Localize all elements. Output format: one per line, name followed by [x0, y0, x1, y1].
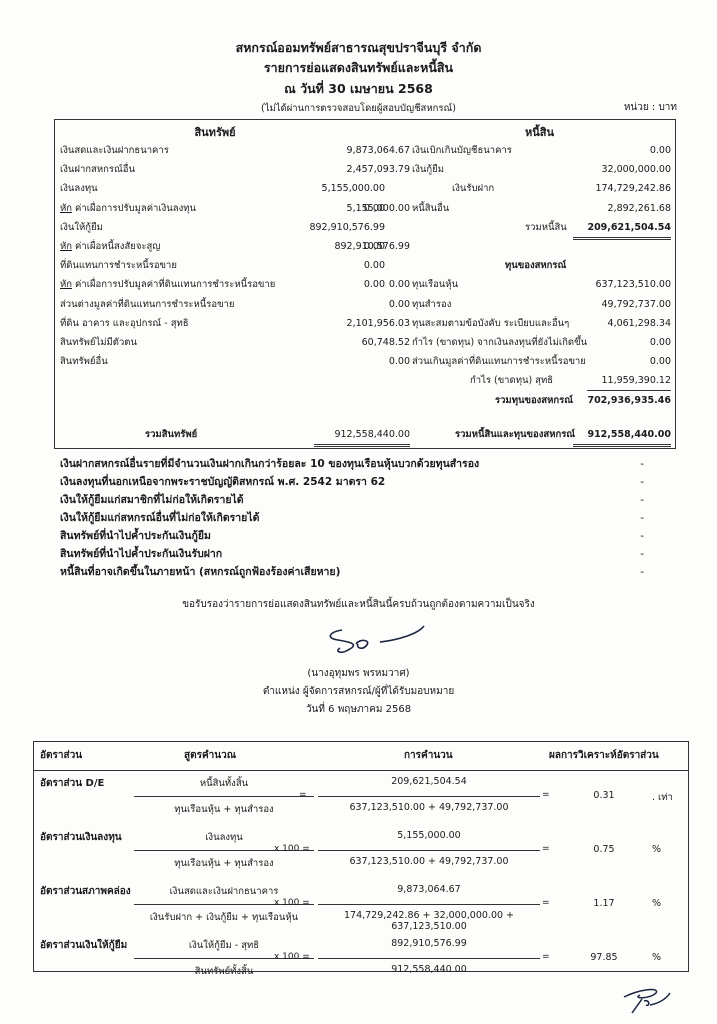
calc-numerator: 5,155,000.00	[314, 830, 544, 841]
note-label: เงินให้กู้ยืมแก่สหกรณ์อื่นที่ไม่ก่อให้เก…	[60, 512, 259, 524]
ratio-unit: . เท่า	[652, 790, 673, 805]
calc-numerator: 892,910,576.99	[314, 938, 544, 949]
formula-numerator: หนี้สินทั้งสิ้น	[144, 776, 304, 791]
ratio-name: อัตราส่วนเงินให้กู้ยืม	[40, 938, 127, 953]
note-item: สินทรัพย์ที่นำไปค้ำประกันเงินรับฝาก-	[60, 545, 660, 563]
right-label: รวมหนี้สิน	[525, 219, 567, 237]
formula-denominator: สินทรัพย์ทั้งสิ้น	[144, 964, 304, 979]
right-value: 174,729,242.86	[581, 180, 671, 198]
asset-label: ที่ดิน อาคาร และอุปกรณ์ - สุทธิ	[60, 315, 189, 333]
asset-label: เงินให้กู้ยืม	[60, 219, 103, 237]
formula-numerator: เงินสดและเงินฝากธนาคาร	[144, 884, 304, 899]
total-liab-equity-value: 912,558,440.00	[573, 426, 671, 447]
calc-denominator: 637,123,510.00 + 49,792,737.00	[314, 856, 544, 867]
currency-unit: หน่วย : บาท	[624, 100, 677, 115]
right-label: รวมทุนของสหกรณ์	[495, 392, 573, 410]
asset-value: 0.00	[389, 276, 410, 294]
note-item: หนี้สินที่อาจเกิดขึ้นในภายหน้า (สหกรณ์ถู…	[60, 563, 660, 581]
header-formula: สูตรคำนวณ	[184, 742, 236, 770]
calc-fraction-line	[318, 850, 540, 851]
report-title: รายการย่อแสดงสินทรัพย์และหนี้สิน	[0, 58, 717, 78]
report-date: ณ วันที่ 30 เมษายน 2568	[0, 79, 717, 99]
right-label: หนี้สินอื่น	[412, 200, 449, 218]
note-label: หนี้สินที่อาจเกิดขึ้นในภายหน้า (สหกรณ์ถู…	[60, 566, 340, 578]
ratio-result: 97.85	[579, 952, 629, 963]
ratio-name: อัตราส่วนเงินลงทุน	[40, 830, 122, 845]
right-value: 0.00	[636, 353, 671, 371]
multiplier: x 100 =	[274, 844, 310, 854]
total-assets-label: รวมสินทรัพย์	[145, 426, 197, 444]
ratio-row: อัตราส่วนเงินให้กู้ยืมเงินให้กู้ยืม - สุ…	[34, 936, 688, 988]
asset-value: 2,101,956.03	[347, 315, 410, 333]
calc-numerator: 209,621,504.54	[314, 776, 544, 787]
ratio-name: อัตราส่วน D/E	[40, 776, 104, 791]
signatory-position: ตำแหน่ง ผู้จัดการสหกรณ์/ผู้ที่ได้รับมอบห…	[0, 684, 717, 699]
balance-sheet-row: กำไร (ขาดทุน) สุทธิ11,959,390.12	[55, 372, 675, 390]
right-value: 32,000,000.00	[587, 161, 671, 179]
note-value: -	[640, 509, 644, 527]
asset-label: หัก ค่าเผื่อหนี้สงสัยจะสูญ	[60, 238, 160, 256]
ratio-row: อัตราส่วน D/Eหนี้สินทั้งสิ้นทุนเรือนหุ้น…	[34, 774, 688, 826]
asset-label: ที่ดินแทนการชำระหนี้รอขาย	[60, 257, 177, 275]
note-label: เงินฝากสหกรณ์อื่นรายที่มีจำนวนเงินฝากเกิ…	[60, 458, 479, 470]
asset-subvalue: 5,155,000.00	[322, 180, 385, 198]
ratio-result: 1.17	[579, 898, 629, 909]
formula-fraction-line	[134, 796, 314, 797]
right-label: กำไร (ขาดทุน) สุทธิ	[470, 372, 553, 390]
total-assets-value: 912,558,440.00	[314, 426, 410, 447]
ratio-unit: %	[652, 898, 661, 909]
ratio-unit: %	[652, 952, 661, 963]
right-label: ทุนสะสมตามข้อบังคับ ระเบียบและอื่นๆ	[412, 315, 569, 333]
asset-subvalue: 0.00	[364, 257, 385, 275]
right-value: 11,959,390.12	[587, 372, 671, 391]
note-item: เงินให้กู้ยืมแก่สมาชิกที่ไม่ก่อให้เกิดรา…	[60, 491, 660, 509]
ratio-row: อัตราส่วนสภาพคล่องเงินสดและเงินฝากธนาคาร…	[34, 882, 688, 934]
ratio-row: อัตราส่วนเงินลงทุนเงินลงทุนทุนเรือนหุ้น …	[34, 828, 688, 880]
formula-numerator: เงินให้กู้ยืม - สุทธิ	[144, 938, 304, 953]
asset-value: 9,873,064.67	[347, 142, 410, 160]
asset-value: 892,910,576.99	[334, 238, 410, 256]
formula-numerator: เงินลงทุน	[144, 830, 304, 845]
balance-sheet-row: เงินฝากสหกรณ์อื่น2,457,093.79เงินกู้ยืม3…	[55, 161, 675, 179]
note-item: เงินให้กู้ยืมแก่สหกรณ์อื่นที่ไม่ก่อให้เก…	[60, 509, 660, 527]
note-label: สินทรัพย์ที่นำไปค้ำประกันเงินรับฝาก	[60, 548, 222, 560]
asset-label: เงินสดและเงินฝากธนาคาร	[60, 142, 169, 160]
right-label: กำไร (ขาดทุน) จากเงินลงทุนที่ยังไม่เกิดข…	[412, 334, 587, 352]
asset-value: 2,457,093.79	[347, 161, 410, 179]
asset-label: หัก ค่าเผื่อการปรับมูลค่าเงินลงทุน	[60, 200, 196, 218]
balance-sheet-row: ส่วนต่างมูลค่าที่ดินแทนการชำระหนี้รอขาย0…	[55, 296, 675, 314]
signatory-name: (นางอุทุมพร พรหมวาศ)	[0, 666, 717, 681]
right-label: ทุนของสหกรณ์	[505, 257, 566, 275]
balance-sheet-row: ที่ดิน อาคาร และอุปกรณ์ - สุทธิ2,101,956…	[55, 315, 675, 333]
right-value: 4,061,298.34	[594, 315, 671, 333]
total-liab-equity-label: รวมหนี้สินและทุนของสหกรณ์	[455, 426, 575, 444]
calc-denominator: 912,558,440.00	[314, 964, 544, 975]
note-value: -	[640, 473, 644, 491]
balance-sheet-row: หัก ค่าเผื่อการปรับมูลค่าเงินลงทุน0.005,…	[55, 200, 675, 218]
ratio-table: อัตราส่วน สูตรคำนวณ การคำนวน ผลการวิเครา…	[33, 741, 689, 972]
balance-sheet: สินทรัพย์ หนี้สิน เงินสดและเงินฝากธนาคาร…	[54, 119, 676, 449]
asset-value: 0.00	[389, 296, 410, 314]
multiplier: x 100 =	[274, 952, 310, 962]
formula-denominator: ทุนเรือนหุ้น + ทุนสำรอง	[144, 802, 304, 817]
right-label: ทุนสำรอง	[412, 296, 451, 314]
calc-numerator: 9,873,064.67	[314, 884, 544, 895]
header-ratio: อัตราส่วน	[40, 742, 82, 770]
note-item: เงินลงทุนที่นอกเหนือจากพระราชบัญญัติสหกร…	[60, 473, 660, 491]
initials-mark	[620, 985, 680, 1017]
balance-sheet-row: หัก ค่าเผื่อหนี้สงสัยจะสูญ0.00892,910,57…	[55, 238, 675, 256]
signature-mark	[320, 622, 430, 662]
right-value: 2,892,261.68	[594, 200, 671, 218]
asset-subvalue: 0.00	[364, 276, 385, 294]
asset-label: เงินลงทุน	[60, 180, 98, 198]
ratio-result: 0.31	[579, 790, 629, 801]
audit-note: (ไม่ได้ผ่านการตรวจสอบโดยผู้สอบบัญชีสหกรณ…	[0, 101, 717, 116]
equals-sign: =	[542, 844, 550, 854]
liabilities-heading: หนี้สิน	[525, 123, 554, 141]
note-label: สินทรัพย์ที่นำไปค้ำประกันเงินกู้ยืม	[60, 530, 211, 542]
ratio-unit: %	[652, 844, 661, 855]
balance-sheet-row: เงินสดและเงินฝากธนาคาร9,873,064.67เงินเบ…	[55, 142, 675, 160]
note-item: สินทรัพย์ที่นำไปค้ำประกันเงินกู้ยืม-	[60, 527, 660, 545]
asset-value: 0.00	[389, 353, 410, 371]
asset-subvalue: 892,910,576.99	[309, 219, 385, 237]
note-value: -	[640, 563, 644, 581]
balance-sheet-bottom-rule	[54, 448, 676, 449]
asset-label: สินทรัพย์ไม่มีตัวตน	[60, 334, 137, 352]
balance-sheet-row: หัก ค่าเผื่อการปรับมูลค่าที่ดินแทนการชำร…	[55, 276, 675, 294]
right-value: 0.00	[636, 334, 671, 352]
right-label: เงินรับฝาก	[452, 180, 494, 198]
equals-sign: =	[542, 898, 550, 908]
note-value: -	[640, 545, 644, 563]
ratio-result: 0.75	[579, 844, 629, 855]
formula-denominator: ทุนเรือนหุ้น + ทุนสำรอง	[144, 856, 304, 871]
right-label: ทุนเรือนหุ้น	[412, 276, 458, 294]
right-value: 637,123,510.00	[581, 276, 671, 294]
asset-label: ส่วนต่างมูลค่าที่ดินแทนการชำระหนี้รอขาย	[60, 296, 234, 314]
note-label: เงินให้กู้ยืมแก่สมาชิกที่ไม่ก่อให้เกิดรา…	[60, 494, 244, 506]
note-value: -	[640, 455, 644, 473]
calc-fraction-line	[318, 958, 540, 959]
balance-sheet-row: รวมทุนของสหกรณ์702,936,935.46	[55, 392, 675, 410]
asset-value: 5,155,000.00	[347, 200, 410, 218]
calc-denominator: 637,123,510.00 + 49,792,737.00	[314, 802, 544, 813]
header-result: ผลการวิเคราะห์อัตราส่วน	[549, 742, 659, 770]
note-label: เงินลงทุนที่นอกเหนือจากพระราชบัญญัติสหกร…	[60, 476, 385, 488]
right-value: 49,792,737.00	[587, 296, 671, 314]
balance-sheet-row: ที่ดินแทนการชำระหนี้รอขาย0.00ทุนของสหกรณ…	[55, 257, 675, 275]
totals-row: รวมสินทรัพย์ 912,558,440.00 รวมหนี้สินแล…	[55, 426, 675, 444]
signatory-date: วันที่ 6 พฤษภาคม 2568	[0, 702, 717, 717]
equals-sign: =	[542, 952, 550, 962]
assets-heading: สินทรัพย์	[55, 123, 375, 141]
asset-label: สินทรัพย์อื่น	[60, 353, 108, 371]
right-value: 0.00	[636, 142, 671, 160]
ratio-name: อัตราส่วนสภาพคล่อง	[40, 884, 131, 899]
calc-fraction-line	[318, 904, 540, 905]
header-calculation: การคำนวน	[404, 742, 453, 770]
org-name: สหกรณ์ออมทรัพย์สาธารณสุขปราจีนบุรี จำกัด	[0, 38, 717, 58]
note-value: -	[640, 491, 644, 509]
right-value: 209,621,504.54	[573, 219, 671, 240]
right-label: ส่วนเกินมูลค่าที่ดินแทนการชำระหนี้รอขาย	[412, 353, 586, 371]
right-value: 702,936,935.46	[573, 392, 671, 410]
balance-sheet-row: สินทรัพย์ไม่มีตัวตน60,748.52กำไร (ขาดทุน…	[55, 334, 675, 352]
certification-statement: ขอรับรองว่ารายการย่อแสดงสินทรัพย์และหนี้…	[0, 597, 717, 612]
multiplier: =	[299, 790, 307, 800]
balance-sheet-row: เงินลงทุน5,155,000.00เงินรับฝาก174,729,2…	[55, 180, 675, 198]
right-label: เงินเบิกเกินบัญชีธนาคาร	[412, 142, 512, 160]
balance-sheet-row: สินทรัพย์อื่น0.00ส่วนเกินมูลค่าที่ดินแทน…	[55, 353, 675, 371]
disclosure-notes: เงินฝากสหกรณ์อื่นรายที่มีจำนวนเงินฝากเกิ…	[60, 455, 660, 581]
asset-label: หัก ค่าเผื่อการปรับมูลค่าที่ดินแทนการชำร…	[60, 276, 275, 294]
note-item: เงินฝากสหกรณ์อื่นรายที่มีจำนวนเงินฝากเกิ…	[60, 455, 660, 473]
ratio-table-header: อัตราส่วน สูตรคำนวณ การคำนวน ผลการวิเครา…	[34, 742, 688, 771]
equals-sign: =	[542, 790, 550, 800]
calc-fraction-line	[318, 796, 540, 797]
balance-sheet-row: เงินให้กู้ยืม892,910,576.99รวมหนี้สิน209…	[55, 219, 675, 237]
multiplier: x 100 =	[274, 898, 310, 908]
note-value: -	[640, 527, 644, 545]
calc-denominator: 174,729,242.86 + 32,000,000.00 + 637,123…	[314, 910, 544, 932]
right-label: เงินกู้ยืม	[412, 161, 444, 179]
asset-value: 60,748.52	[362, 334, 410, 352]
asset-label: เงินฝากสหกรณ์อื่น	[60, 161, 135, 179]
formula-denominator: เงินรับฝาก + เงินกู้ยืม + ทุนเรือนหุ้น	[144, 910, 304, 925]
